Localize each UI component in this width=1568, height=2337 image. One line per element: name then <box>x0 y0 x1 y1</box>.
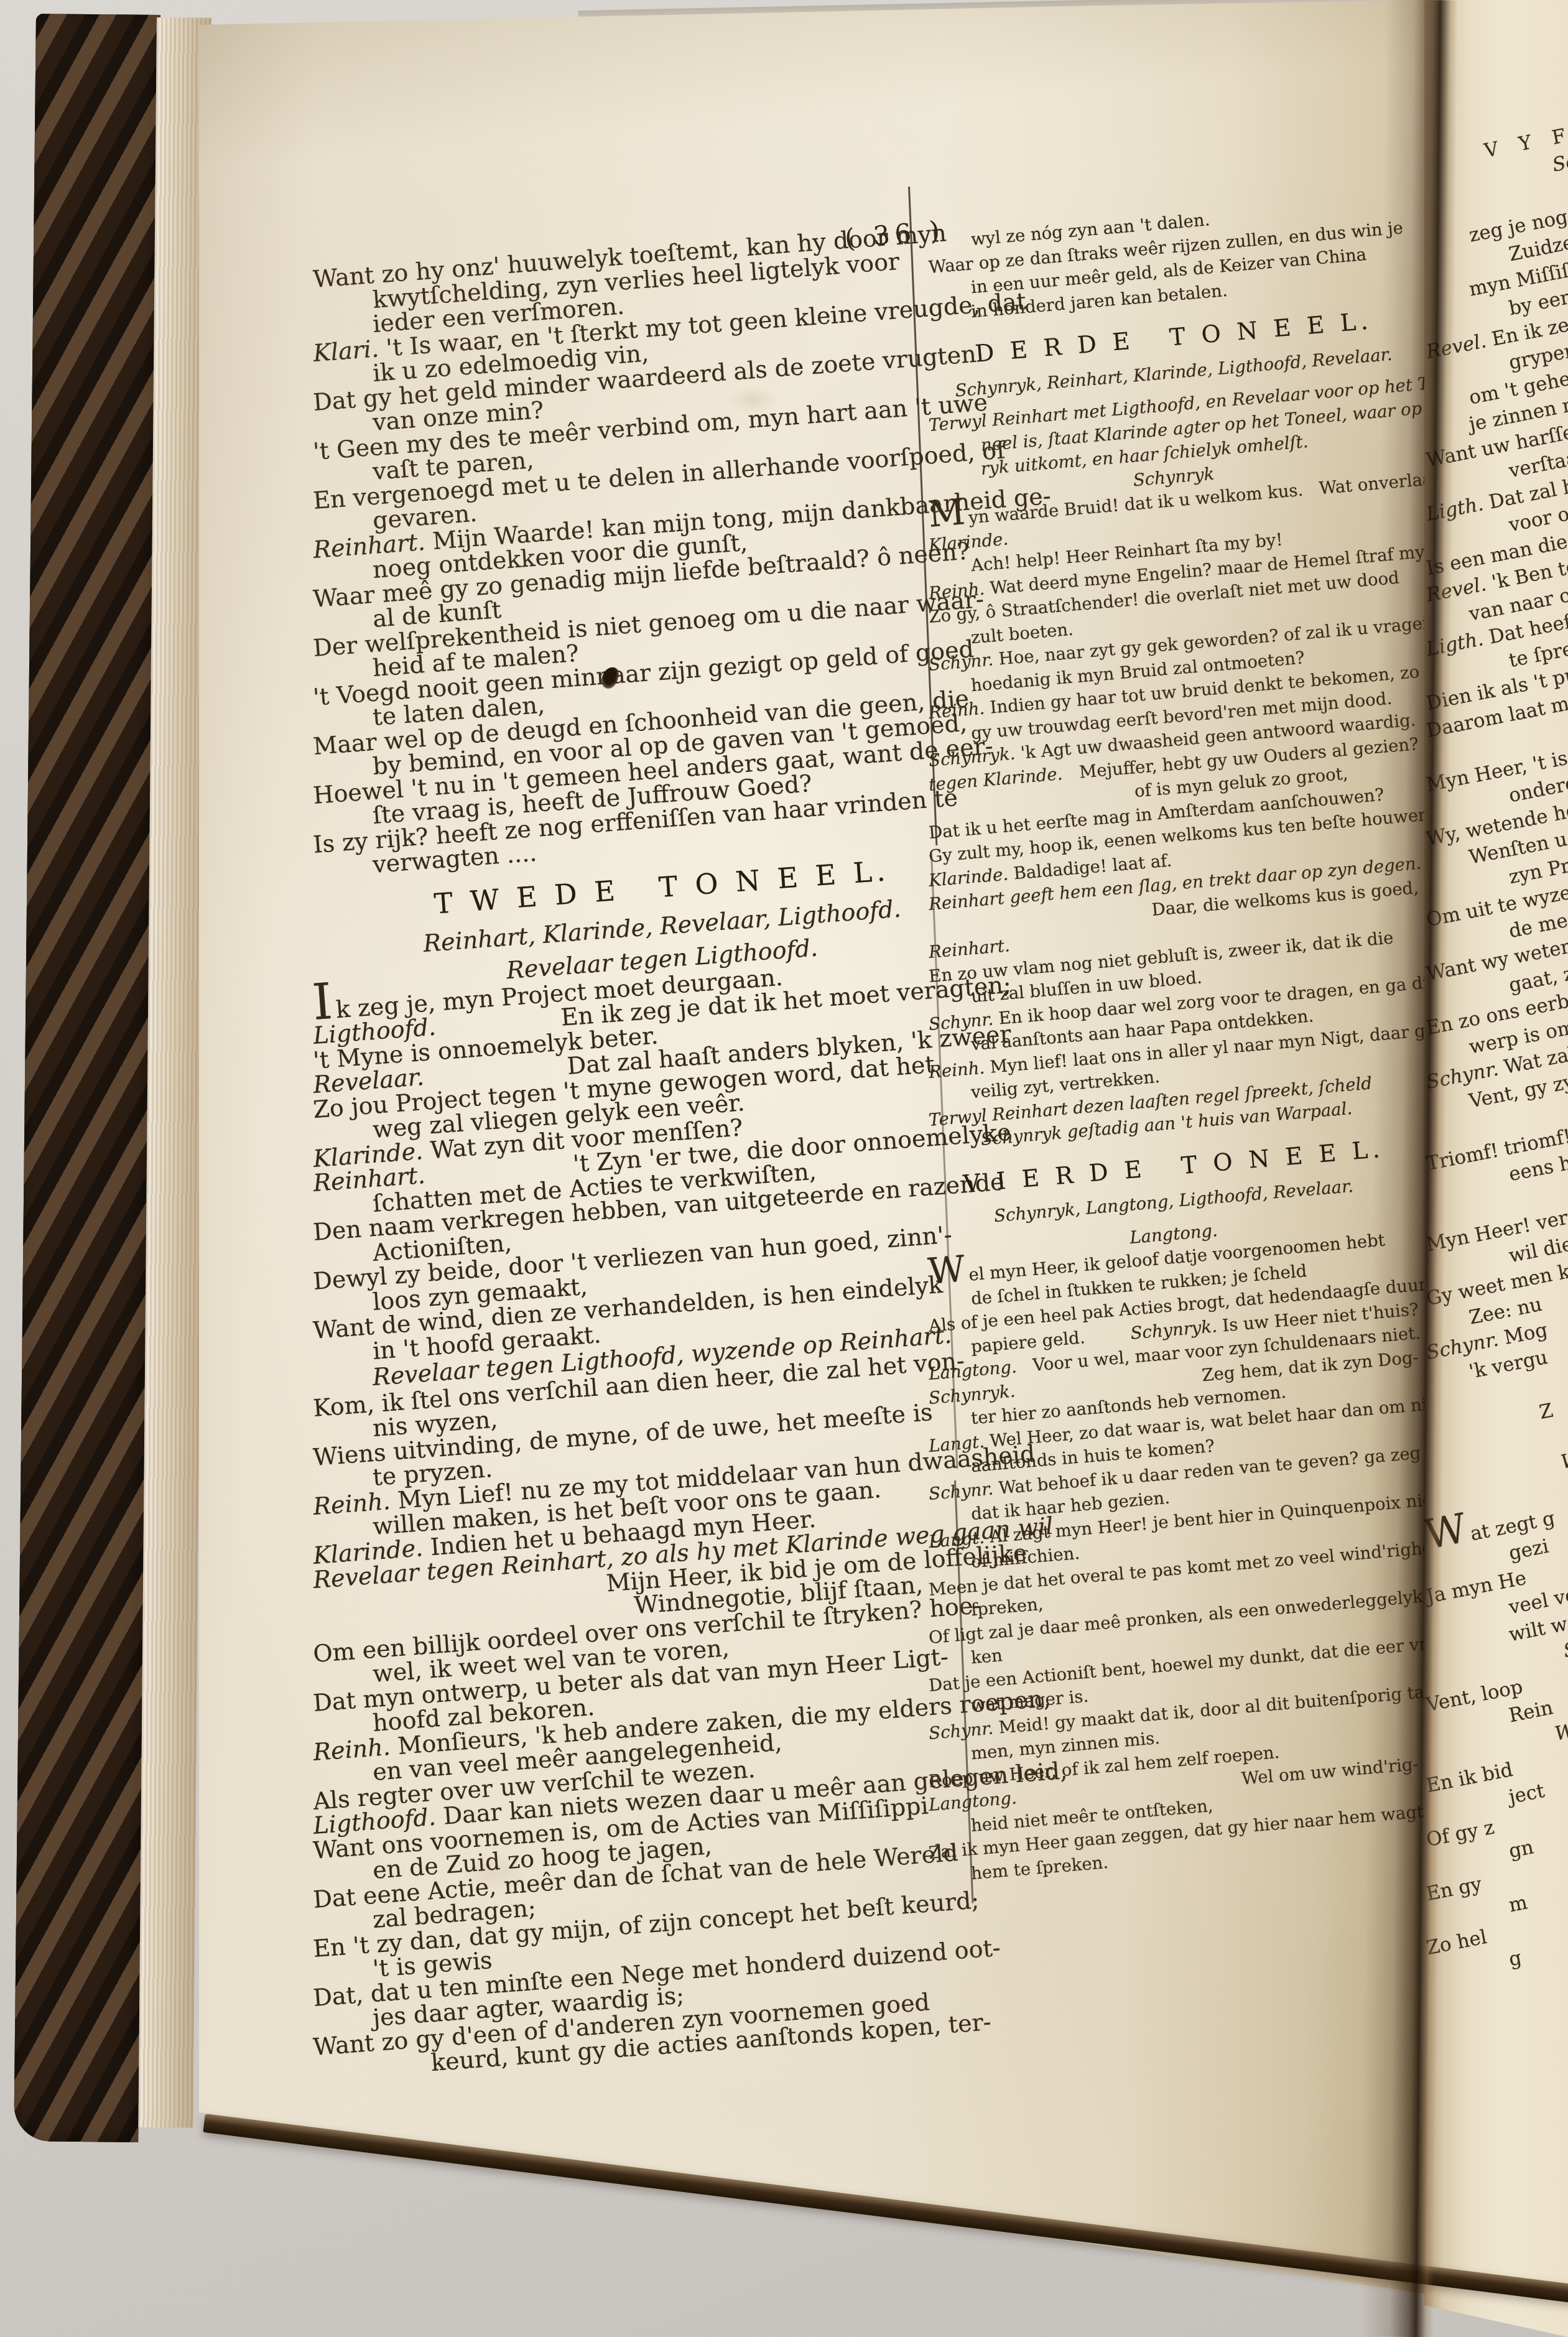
text-segment <box>1424 1393 1436 1421</box>
text-segment: ken <box>970 1643 1004 1670</box>
text-segment <box>1424 1204 1436 1232</box>
text-segment: I <box>312 1001 332 1002</box>
book-page-next: V Y F DSchynryk zeg je nog eens, datZuid… <box>1424 0 1568 2337</box>
text-segment <box>1424 1123 1436 1151</box>
text-segment: g <box>1506 1944 1524 1973</box>
book-page-left: ( 36 ) Want zo hy onz' huuwelyk toeſtemt… <box>199 0 1437 2337</box>
text-segment: m <box>1506 1889 1529 1919</box>
line-gap <box>1063 778 1080 779</box>
column-2: wyl ze nóg zyn aan 't dalen.Waar op ze d… <box>930 231 1421 1889</box>
text-segment: M <box>928 511 965 514</box>
text-segment: W <box>1426 1528 1467 1536</box>
column-1: Want zo hy onz' huuwelyk toeſtemt, kan h… <box>314 267 1014 2084</box>
line-gap <box>1304 494 1320 495</box>
text-segment: W <box>928 1268 965 1271</box>
text-segment <box>1424 1447 1436 1475</box>
line-gap <box>1017 1371 1033 1372</box>
text-segment: Z <box>1537 1397 1555 1426</box>
photo-of-open-book: ( 36 ) Want zo hy onz' huuwelyk toeſtemt… <box>0 0 1568 2337</box>
book-cover-board <box>14 14 160 2142</box>
line-gap <box>1085 1339 1131 1342</box>
next-page-text: V Y F DSchynryk zeg je nog eens, datZuid… <box>1429 149 1568 1989</box>
text-segment <box>1424 203 1436 231</box>
